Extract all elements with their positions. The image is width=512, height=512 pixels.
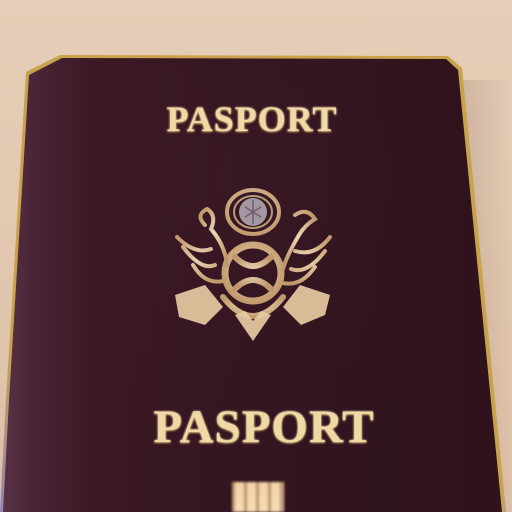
coat-of-arms-emblem-icon (165, 185, 340, 345)
cover-title-top: PASPORT (0, 98, 508, 140)
chip-symbol-icon (232, 482, 284, 512)
cover-title-bottom: PASPORT (8, 400, 512, 454)
photo-scene: PASPORT PASPORT (0, 0, 512, 512)
